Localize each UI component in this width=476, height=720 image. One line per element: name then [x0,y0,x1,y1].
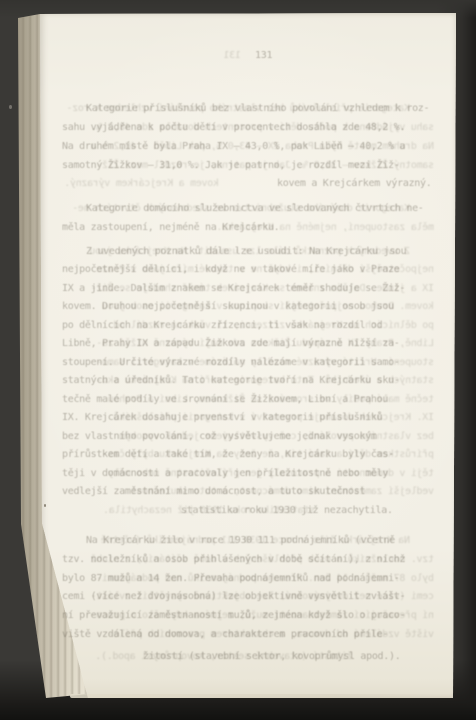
typescript-line: Kategorie domácího služebnictva ve sledo… [86,202,424,215]
typescript-line: přírůstkem dětí a také tím, že ženy na K… [62,448,394,461]
ink-speck [44,504,46,507]
typescript-line: Libně, Prahy IX a západu Žižkova zde maj… [62,337,400,350]
typescript-line: po dělnících na Krejcárku zřízenci, ti v… [62,319,382,332]
typescript-line: měla zastoupení, nejméně na Krejcárku. [62,221,279,234]
typescript-line: Na Krejcárku žilo v roce 1930 111 podnáj… [86,534,395,547]
typescript-line: IX. Krejcárek dosahuje prvenství v kateg… [62,411,382,424]
typescript-line: těji v domácnosti a pracovaly jen přílež… [62,467,388,480]
typescript-line: viště vzdálená od domova, a charakterem … [62,628,388,641]
dust-speck [9,105,12,109]
typescript-line: statistika roku 1930 již nezachytila. [181,504,393,517]
typescript-line: tzv. nocležníků a osob přihlášených v do… [62,553,405,566]
typescript-line: bez vlastního povolání, což vysvětlujeme… [62,430,377,443]
typescript-line: Z uvedených poznatků dále lze usoudit: N… [86,245,406,258]
typescript-line: sahu vyjádřena k počtu dětí v procentech… [62,121,405,134]
typescript-line: IX a jinde. Dalším znakem se Krejcárek t… [62,282,405,295]
scanned-book-photo: 131Kategorie příslušníků bez vlastního p… [0,0,476,720]
typescript-line: statných a úředníků. Tato kategorie tvoř… [62,374,400,387]
typescript-line: tečně malé podíly ve srovnání se Žižkove… [62,393,388,406]
typescript-line: bylo 87 mužů a 14 žen. Převaha podnájemn… [62,572,400,585]
typescript-line: Na druhém místě byla Praha IX — 43,0 %, … [62,140,405,153]
typescript-line: vedlejší zaměstnání mimo domácnost, a tu… [62,485,365,498]
typescript-line: cemi (více než dvojnásobná) lze objektiv… [62,590,405,603]
typescript-line: kovem. Druhou nejpočetnější skupinou v k… [62,300,394,313]
typescript-line: kovem a Krejcárkem výrazný. [277,177,431,190]
page-number: 131 [255,49,272,62]
typescript-line: ní převažující zaměstnaností mužů, zejmé… [62,609,405,622]
typescript-text-layer: 131Kategorie příslušníků bez vlastního p… [40,13,456,699]
typescript-line: nejpočetnější dělníci, i když ne v takov… [62,263,400,276]
typescript-line: stoupení. Určité výrazné rozdíly nalézám… [62,356,400,369]
typescript-line: samotný Žižkov — 31,0 %. Jak je patrno, … [62,159,400,172]
typescript-line: Kategorie příslušníků bez vlastního povo… [86,102,429,115]
typescript-line: žitostí (stavební sektor, kovoprůmysl ap… [143,650,400,663]
